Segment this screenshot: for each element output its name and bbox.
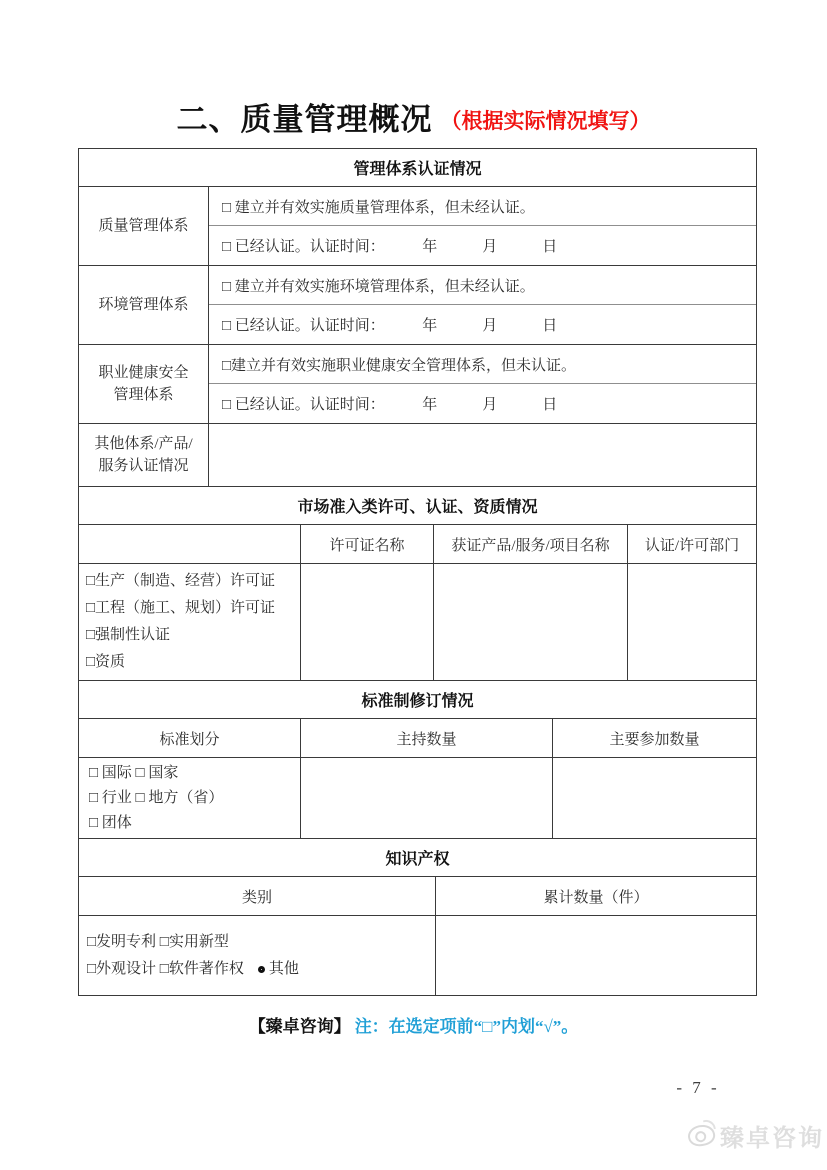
quality-option-certified: □ 已经认证。认证时间： 年 月 日	[209, 226, 756, 265]
section-header-market-access: 市场准入类许可、认证、资质情况	[79, 487, 756, 525]
checkbox-qualification: □资质	[86, 649, 300, 676]
watermark-text: 臻卓咨询	[720, 1118, 824, 1153]
row-label-other-certifications: 其他体系/产品/ 服务认证情况	[79, 424, 209, 486]
row-label-occupational-health: 职业健康安全 管理体系	[79, 345, 209, 423]
standard-category-options: □ 国际 □ 国家 □ 行业 □ 地方（省） □ 团体	[79, 758, 301, 838]
presided-count-cell	[301, 758, 553, 838]
row-environment-management-system: 环境管理体系 □ 建立并有效实施环境管理体系，但未经认证。 □ 已经认证。认证时…	[79, 266, 756, 345]
footnote: 【臻卓咨询】 注：在选定项前“□”内划“√”。	[0, 1012, 827, 1037]
watermark: 臻卓咨询	[688, 1118, 824, 1153]
checkbox-group: □ 团体	[89, 811, 300, 836]
col-header-certifying-department: 认证/许可部门	[628, 525, 756, 563]
checkbox-invention-utility: □发明专利 □实用新型	[87, 929, 435, 956]
license-type-options: □生产（制造、经营）许可证 □工程（施工、规划）许可证 □强制性认证 □资质	[79, 564, 301, 680]
row-label-environment-system: 环境管理体系	[79, 266, 209, 344]
row-label-quality-system: 质量管理体系	[79, 187, 209, 265]
section-header-management-system: 管理体系认证情况	[79, 149, 756, 187]
col-header-license-name: 许可证名称	[301, 525, 434, 563]
col-header-participated-count: 主要参加数量	[553, 719, 756, 757]
license-body-row: □生产（制造、经营）许可证 □工程（施工、规划）许可证 □强制性认证 □资质	[79, 564, 756, 681]
certified-product-cell	[434, 564, 628, 680]
participated-count-cell	[553, 758, 756, 838]
health-option-unaccredited: □建立并有效实施职业健康安全管理体系，但未认证。	[209, 345, 756, 384]
quality-management-table: 管理体系认证情况 质量管理体系 □ 建立并有效实施质量管理体系，但未经认证。 □…	[78, 148, 757, 996]
col-header-cumulative-count: 累计数量（件）	[436, 877, 756, 915]
document-page: 二、质量管理概况 （根据实际情况填写） 管理体系认证情况 质量管理体系 □ 建立…	[0, 0, 827, 1170]
filled-radio-icon	[258, 966, 265, 973]
row-other-certifications: 其他体系/产品/ 服务认证情况	[79, 424, 756, 487]
other-certifications-value	[209, 424, 756, 486]
col-header-presided-count: 主持数量	[301, 719, 553, 757]
page-title: 二、质量管理概况	[177, 94, 433, 139]
certifying-department-cell	[628, 564, 756, 680]
option-other-label: 其他	[269, 956, 299, 983]
weibo-logo-icon	[686, 1122, 717, 1148]
standards-column-headers: 标准划分 主持数量 主要参加数量	[79, 719, 756, 758]
ip-category-options: □发明专利 □实用新型 □外观设计 □软件著作权 其他	[79, 916, 436, 995]
checkbox-industry-local: □ 行业 □ 地方（省）	[89, 786, 300, 811]
checkbox-engineering-license: □工程（施工、规划）许可证	[86, 595, 300, 622]
page-title-row: 二、质量管理概况 （根据实际情况填写）	[0, 94, 827, 139]
license-name-cell	[301, 564, 434, 680]
page-number: - 7 -	[648, 1078, 748, 1098]
ip-options-line2: □外观设计 □软件著作权 其他	[87, 956, 435, 983]
license-corner-cell	[79, 525, 301, 563]
checkbox-design-software: □外观设计 □软件著作权	[87, 956, 244, 983]
section-header-intellectual-property: 知识产权	[79, 839, 756, 877]
cumulative-count-cell	[436, 916, 756, 995]
col-header-ip-category: 类别	[79, 877, 436, 915]
section-header-standards: 标准制修订情况	[79, 681, 756, 719]
col-header-standard-category: 标准划分	[79, 719, 301, 757]
checkbox-compulsory-certification: □强制性认证	[86, 622, 300, 649]
row-quality-management-system: 质量管理体系 □ 建立并有效实施质量管理体系，但未经认证。 □ 已经认证。认证时…	[79, 187, 756, 266]
environment-option-unaccredited: □ 建立并有效实施环境管理体系，但未经认证。	[209, 266, 756, 305]
ip-body-row: □发明专利 □实用新型 □外观设计 □软件著作权 其他	[79, 916, 756, 995]
checkbox-production-license: □生产（制造、经营）许可证	[86, 568, 300, 595]
page-title-annotation: （根据实际情况填写）	[441, 105, 651, 135]
license-column-headers: 许可证名称 获证产品/服务/项目名称 认证/许可部门	[79, 525, 756, 564]
quality-option-unaccredited: □ 建立并有效实施质量管理体系，但未经认证。	[209, 187, 756, 226]
checkbox-international-national: □ 国际 □ 国家	[89, 761, 300, 786]
environment-option-certified: □ 已经认证。认证时间： 年 月 日	[209, 305, 756, 344]
health-option-certified: □ 已经认证。认证时间： 年 月 日	[209, 384, 756, 423]
consulting-brand-label: 【臻卓咨询】	[249, 1012, 351, 1037]
row-occupational-health-system: 职业健康安全 管理体系 □建立并有效实施职业健康安全管理体系，但未认证。 □ 已…	[79, 345, 756, 424]
standards-body-row: □ 国际 □ 国家 □ 行业 □ 地方（省） □ 团体	[79, 758, 756, 839]
col-header-certified-product: 获证产品/服务/项目名称	[434, 525, 628, 563]
footnote-instruction: 注：在选定项前“□”内划“√”。	[355, 1012, 579, 1037]
ip-column-headers: 类别 累计数量（件）	[79, 877, 756, 916]
